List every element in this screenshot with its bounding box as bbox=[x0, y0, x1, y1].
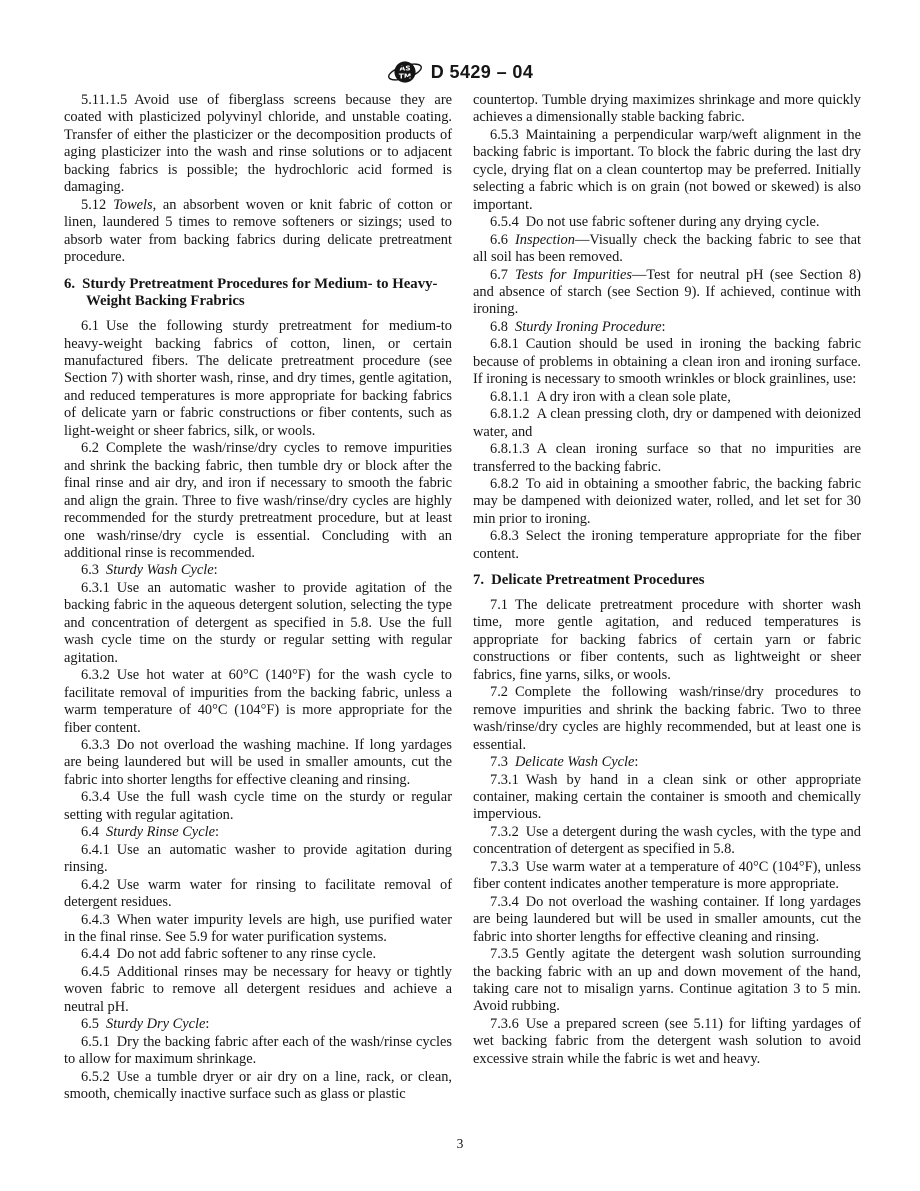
paragraph-5.12: 5.12Towels, an absorbent woven or knit f… bbox=[64, 197, 452, 267]
paragraph-6.1: 6.1Use the following sturdy pretreatment… bbox=[64, 318, 452, 440]
paragraph-6.5.2: 6.5.2Use a tumble dryer or air dry on a … bbox=[64, 1069, 452, 1104]
paragraph-6.5.3: 6.5.3Maintaining a perpendicular warp/we… bbox=[473, 127, 861, 214]
paragraph-6.8.1.2: 6.8.1.2A clean pressing cloth, dry or da… bbox=[473, 406, 861, 441]
paragraph-7.3.2: 7.3.2Use a detergent during the wash cyc… bbox=[473, 824, 861, 859]
paragraph-7.3.6: 7.3.6Use a prepared screen (see 5.11) fo… bbox=[473, 1016, 861, 1068]
paragraph-6.3.3: 6.3.3Do not overload the washing machine… bbox=[64, 737, 452, 789]
paragraph-6.8.2: 6.8.2To aid in obtaining a smoother fabr… bbox=[473, 476, 861, 528]
paragraph-7.3: 7.3Delicate Wash Cycle: bbox=[473, 754, 861, 771]
paragraph-6.3.2: 6.3.2Use hot water at 60°C (140°F) for t… bbox=[64, 667, 452, 737]
paragraph-6.4.1: 6.4.1Use an automatic washer to provide … bbox=[64, 842, 452, 877]
section-heading-6: 6.Sturdy Pretreatment Procedures for Med… bbox=[64, 276, 452, 312]
document-header: AS TM D 5429 – 04 bbox=[0, 57, 920, 87]
paragraph-6.5.4: 6.5.4Do not use fabric softener during a… bbox=[473, 214, 861, 231]
paragraph-7.3.4: 7.3.4Do not overload the washing contain… bbox=[473, 894, 861, 946]
paragraph-7.1: 7.1The delicate pretreatment procedure w… bbox=[473, 597, 861, 684]
paragraph-6.3: 6.3Sturdy Wash Cycle: bbox=[64, 562, 452, 579]
paragraph-6.8: 6.8Sturdy Ironing Procedure: bbox=[473, 319, 861, 336]
astm-logo-icon: AS TM bbox=[387, 57, 423, 87]
paragraph-6.5: 6.5Sturdy Dry Cycle: bbox=[64, 1016, 452, 1033]
paragraph-6.5.1: 6.5.1Dry the backing fabric after each o… bbox=[64, 1034, 452, 1069]
paragraph-6.4.4: 6.4.4Do not add fabric softener to any r… bbox=[64, 946, 452, 963]
paragraph-7.3.3: 7.3.3Use warm water at a temperature of … bbox=[473, 859, 861, 894]
paragraph-7.3.5: 7.3.5Gently agitate the detergent wash s… bbox=[473, 946, 861, 1016]
paragraph-continuation: countertop. Tumble drying maximizes shri… bbox=[473, 92, 861, 127]
paragraph-6.4.5: 6.4.5Additional rinses may be necessary … bbox=[64, 964, 452, 1016]
paragraph-6.2: 6.2Complete the wash/rinse/dry cycles to… bbox=[64, 440, 452, 562]
left-column: 5.11.1.5Avoid use of fiberglass screens … bbox=[64, 92, 452, 1104]
paragraph-6.3.4: 6.3.4Use the full wash cycle time on the… bbox=[64, 789, 452, 824]
section-heading-7: 7.Delicate Pretreatment Procedures bbox=[473, 572, 861, 590]
document-footer: 3 bbox=[0, 1136, 920, 1152]
paragraph-6.8.1.1: 6.8.1.1A dry iron with a clean sole plat… bbox=[473, 389, 861, 406]
paragraph-6.8.1: 6.8.1Caution should be used in ironing t… bbox=[473, 336, 861, 388]
paragraph-6.4: 6.4Sturdy Rinse Cycle: bbox=[64, 824, 452, 841]
paragraph-6.8.3: 6.8.3Select the ironing temperature appr… bbox=[473, 528, 861, 563]
paragraph-6.3.1: 6.3.1Use an automatic washer to provide … bbox=[64, 580, 452, 667]
paragraph-6.4.2: 6.4.2Use warm water for rinsing to facil… bbox=[64, 877, 452, 912]
paragraph-7.2: 7.2Complete the following wash/rinse/dry… bbox=[473, 684, 861, 754]
paragraph-6.7: 6.7Tests for Impurities—Test for neutral… bbox=[473, 267, 861, 319]
paragraph-5.11.1.5: 5.11.1.5Avoid use of fiberglass screens … bbox=[64, 92, 452, 197]
paragraph-7.3.1: 7.3.1Wash by hand in a clean sink or oth… bbox=[473, 772, 861, 824]
paragraph-6.6: 6.6Inspection—Visually check the backing… bbox=[473, 232, 861, 267]
document-code: D 5429 – 04 bbox=[431, 62, 533, 83]
right-column: countertop. Tumble drying maximizes shri… bbox=[473, 92, 861, 1104]
paragraph-6.8.1.3: 6.8.1.3A clean ironing surface so that n… bbox=[473, 441, 861, 476]
document-page: AS TM D 5429 – 04 5.11.1.5Avoid use of f… bbox=[0, 0, 920, 1191]
paragraph-6.4.3: 6.4.3When water impurity levels are high… bbox=[64, 912, 452, 947]
document-body: 5.11.1.5Avoid use of fiberglass screens … bbox=[64, 92, 861, 1104]
page-number: 3 bbox=[457, 1136, 464, 1151]
